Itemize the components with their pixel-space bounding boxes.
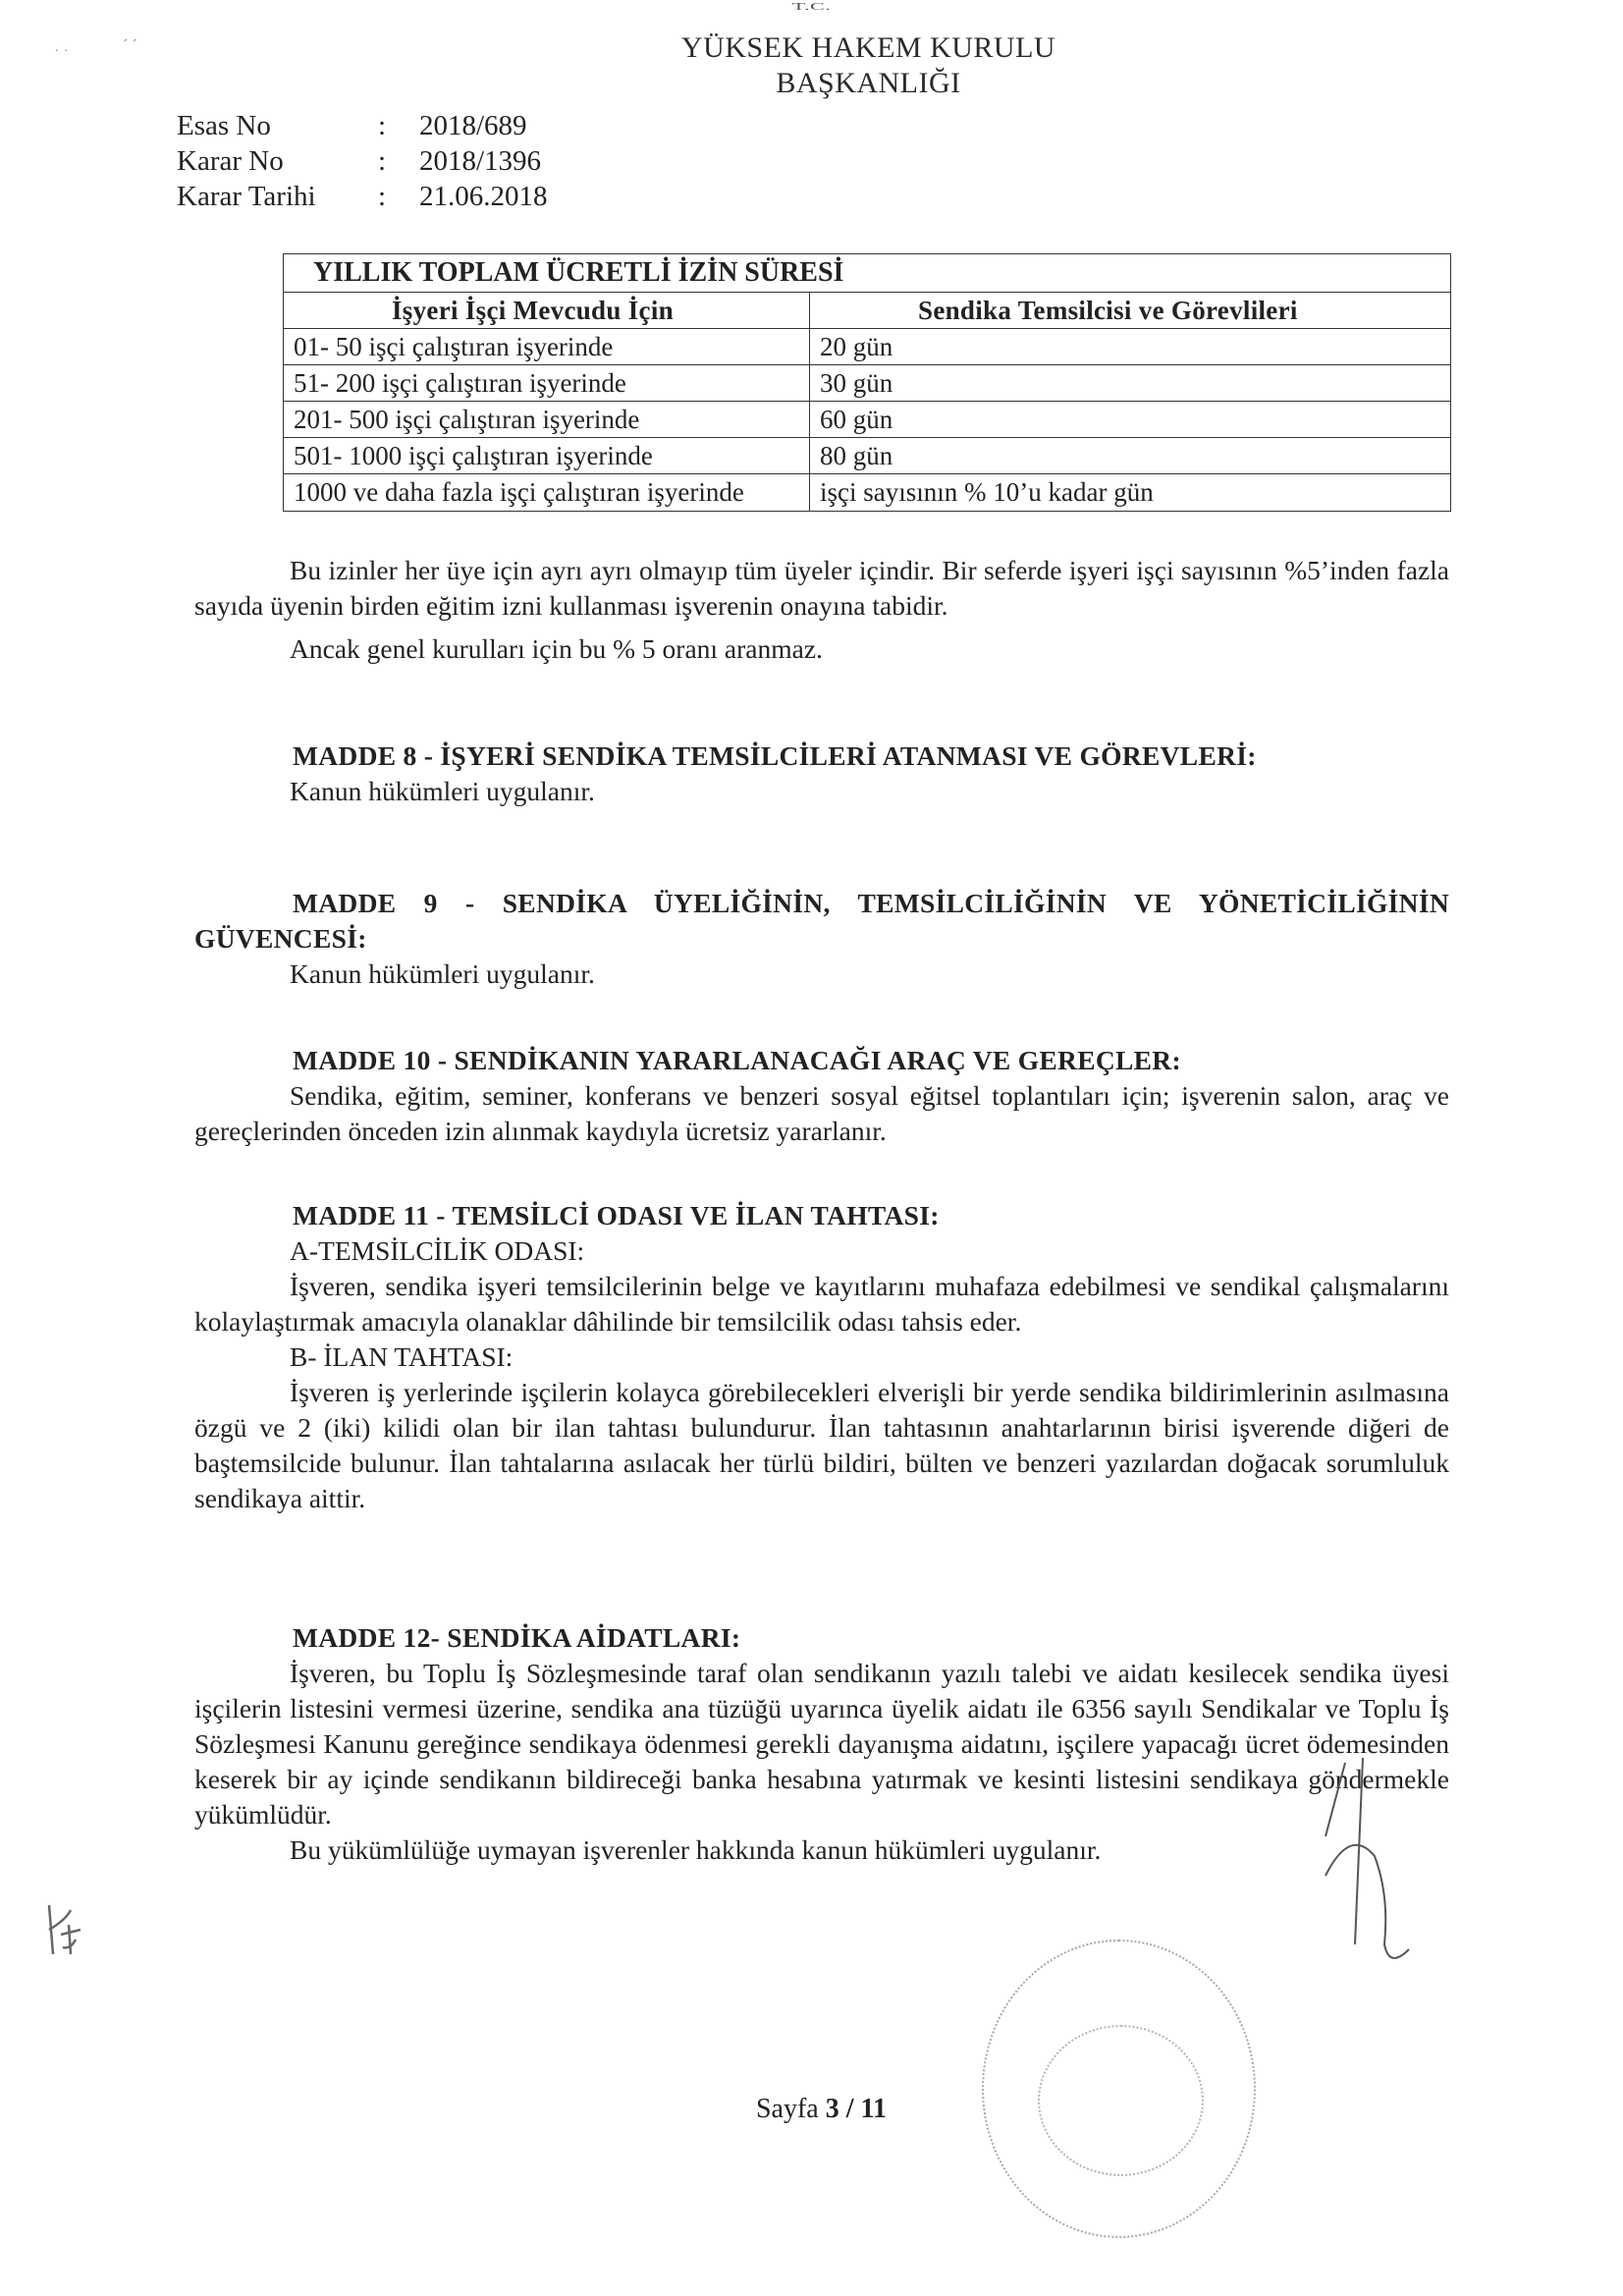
case-meta: Esas No:2018/689 Karar No:2018/1396 Kara… xyxy=(177,108,548,214)
meta-row-karar-no: Karar No:2018/1396 xyxy=(177,143,548,179)
meta-value: 21.06.2018 xyxy=(419,181,548,212)
madde-9: MADDE 9 - SENDİKA ÜYELİĞİNİN, TEMSİLCİLİ… xyxy=(194,886,1449,992)
table-cell: 01- 50 işçi çalıştıran işyerinde xyxy=(284,329,810,365)
scan-artifact: ˙ ˙ xyxy=(54,47,69,65)
paragraph: İşveren iş yerlerinde işçilerin kolayca … xyxy=(194,1375,1449,1516)
official-stamp xyxy=(982,1940,1256,2238)
table-title: YILLIK TOPLAM ÜCRETLİ İZİN SÜRESİ xyxy=(284,254,1451,293)
table-cell: 501- 1000 işçi çalıştıran işyerinde xyxy=(284,438,810,474)
subsection-heading: B- İLAN TAHTASI: xyxy=(194,1339,1449,1375)
meta-row-esas: Esas No:2018/689 xyxy=(177,108,548,143)
scan-artifact: ˊ ˊ xyxy=(123,37,137,55)
madde-11: MADDE 11 - TEMSİLCİ ODASI VE İLAN TAHTAS… xyxy=(194,1198,1449,1516)
article-heading: MADDE 8 - İŞYERİ SENDİKA TEMSİLCİLERİ AT… xyxy=(194,738,1449,774)
paragraph: Bu yükümlülüğe uymayan işverenler hakkın… xyxy=(194,1832,1449,1868)
meta-key: Esas No xyxy=(177,108,378,143)
paragraph: İşveren, bu Toplu İş Sözleşmesinde taraf… xyxy=(194,1656,1449,1832)
article-heading: MADDE 10 - SENDİKANIN YARARLANACAĞI ARAÇ… xyxy=(194,1043,1449,1078)
madde-8: MADDE 8 - İŞYERİ SENDİKA TEMSİLCİLERİ AT… xyxy=(194,738,1449,809)
table-cell: 1000 ve daha fazla işçi çalıştıran işyer… xyxy=(284,474,810,512)
initials-icon xyxy=(41,1900,90,1959)
madde-10: MADDE 10 - SENDİKANIN YARARLANACAĞI ARAÇ… xyxy=(194,1043,1449,1149)
header-tc: T.C. xyxy=(0,0,1623,13)
table-row: 1000 ve daha fazla işçi çalıştıran işyer… xyxy=(284,474,1451,512)
signature-icon xyxy=(1306,1758,1424,1984)
initials-mark xyxy=(41,1900,90,1959)
table-cell: 80 gün xyxy=(810,438,1451,474)
header-presidency: BAŞKANLIĞI xyxy=(57,67,1623,100)
table-cell: 51- 200 işçi çalıştıran işyerinde xyxy=(284,365,810,402)
page-separator: / xyxy=(846,2094,854,2124)
meta-colon: : xyxy=(378,179,419,214)
table-row: 01- 50 işçi çalıştıran işyerinde 20 gün xyxy=(284,329,1451,365)
meta-colon: : xyxy=(378,108,419,143)
meta-colon: : xyxy=(378,143,419,179)
table-cell: 60 gün xyxy=(810,402,1451,438)
page-current: 3 xyxy=(826,2094,839,2124)
article-heading: MADDE 12- SENDİKA AİDATLARI: xyxy=(194,1620,1449,1656)
meta-row-karar-tarihi: Karar Tarihi:21.06.2018 xyxy=(177,179,548,214)
paragraph: Ancak genel kurulları için bu % 5 oranı … xyxy=(194,631,1449,667)
table-row: 51- 200 işçi çalıştıran işyerinde 30 gün xyxy=(284,365,1451,402)
table-cell: 201- 500 işçi çalıştıran işyerinde xyxy=(284,402,810,438)
page-total: 11 xyxy=(861,2094,887,2124)
meta-key: Karar No xyxy=(177,143,378,179)
page-label: Sayfa xyxy=(756,2094,819,2124)
header-institution: YÜKSEK HAKEM KURULU xyxy=(57,31,1623,65)
meta-value: 2018/689 xyxy=(419,110,527,141)
meta-value: 2018/1396 xyxy=(419,145,541,177)
table-header-row: İşyeri İşçi Mevcudu İçin Sendika Temsilc… xyxy=(284,293,1451,329)
paragraph: Sendika, eğitim, seminer, konferans ve b… xyxy=(194,1078,1449,1149)
table-row: 501- 1000 işçi çalıştıran işyerinde 80 g… xyxy=(284,438,1451,474)
table-cell: 30 gün xyxy=(810,365,1451,402)
paragraph: Bu izinler her üye için ayrı ayrı olmayı… xyxy=(194,553,1449,624)
table-cell: 20 gün xyxy=(810,329,1451,365)
table-cell: işçi sayısının % 10’u kadar gün xyxy=(810,474,1451,512)
paragraph: İşveren, sendika işyeri temsilcilerinin … xyxy=(194,1269,1449,1339)
column-header: İşyeri İşçi Mevcudu İçin xyxy=(284,293,810,329)
paragraph: Kanun hükümleri uygulanır. xyxy=(194,957,1449,992)
article-heading: MADDE 11 - TEMSİLCİ ODASI VE İLAN TAHTAS… xyxy=(194,1198,1449,1233)
paragraph: Kanun hükümleri uygulanır. xyxy=(194,774,1449,809)
madde-12: MADDE 12- SENDİKA AİDATLARI: İşveren, bu… xyxy=(194,1620,1449,1868)
after-table-section: Bu izinler her üye için ayrı ayrı olmayı… xyxy=(194,553,1449,667)
column-header: Sendika Temsilcisi ve Görevlileri xyxy=(810,293,1451,329)
table-row: 201- 500 işçi çalıştıran işyerinde 60 gü… xyxy=(284,402,1451,438)
article-heading: MADDE 9 - SENDİKA ÜYELİĞİNİN, TEMSİLCİLİ… xyxy=(194,886,1449,957)
leave-duration-table: YILLIK TOPLAM ÜCRETLİ İZİN SÜRESİ İşyeri… xyxy=(283,253,1451,512)
page-number: Sayfa 3 / 11 xyxy=(0,2094,1623,2125)
subsection-heading: A-TEMSİLCİLİK ODASI: xyxy=(194,1233,1449,1269)
table-title-row: YILLIK TOPLAM ÜCRETLİ İZİN SÜRESİ xyxy=(284,254,1451,293)
meta-key: Karar Tarihi xyxy=(177,179,378,214)
signature-mark xyxy=(1306,1758,1424,1984)
